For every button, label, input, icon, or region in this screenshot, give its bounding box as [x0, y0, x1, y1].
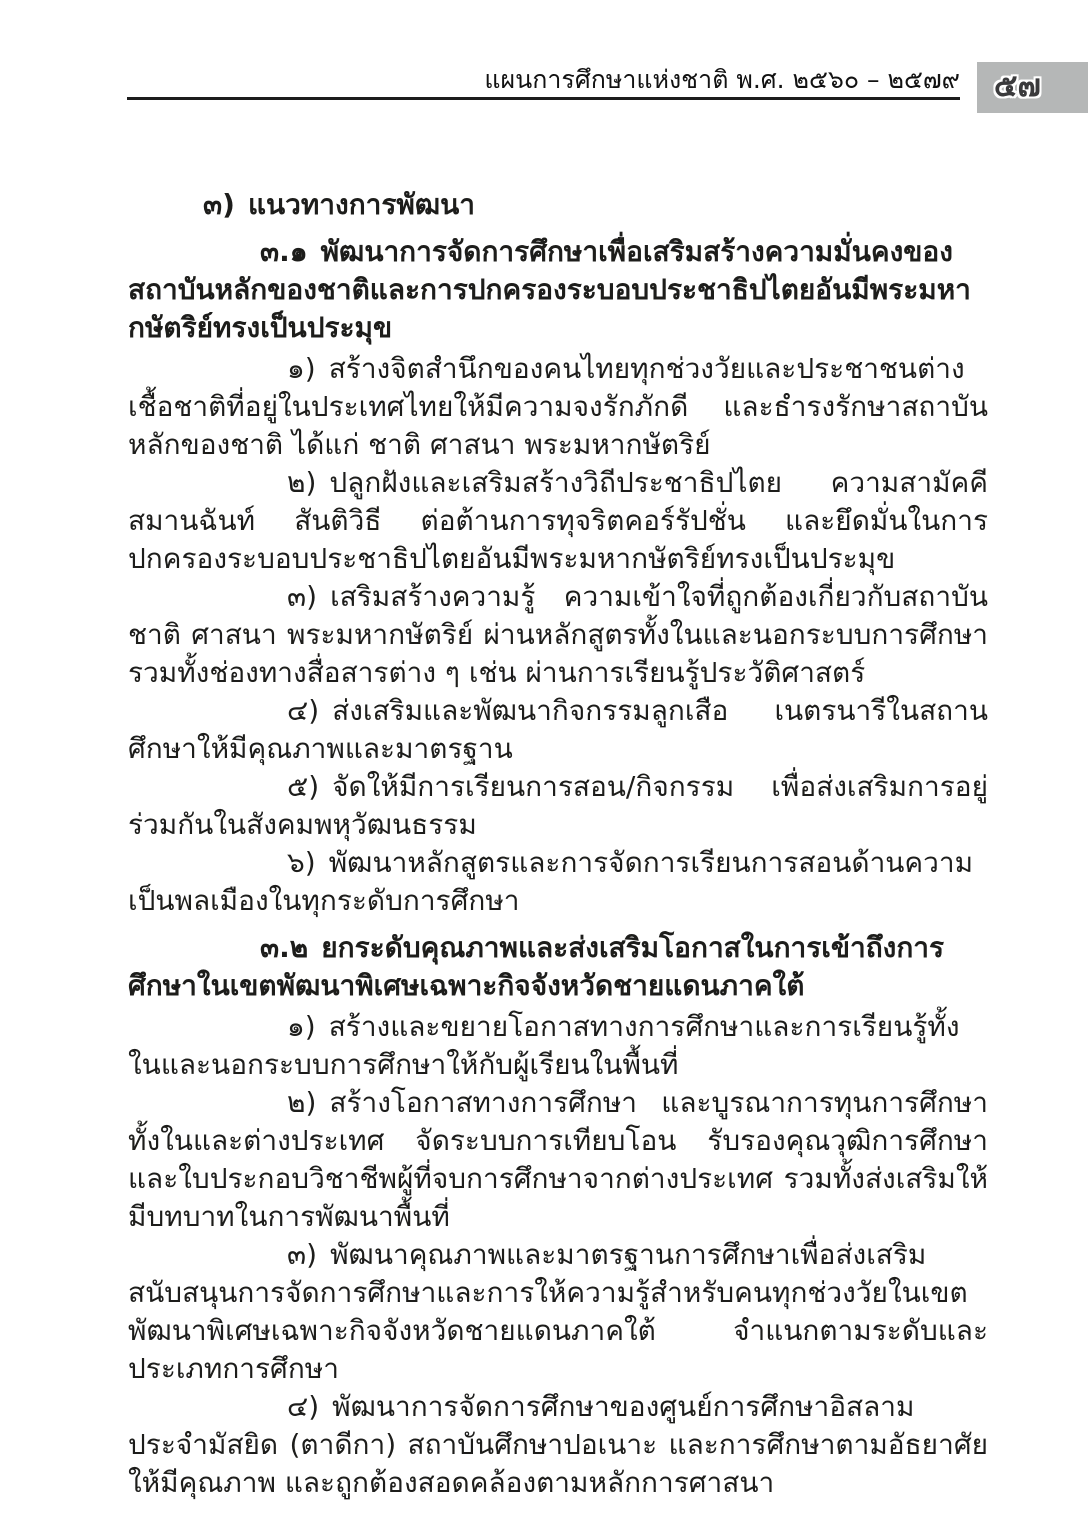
list-paragraph: ๕)จัดให้มีการเรียนการสอน/กิจกรรม เพื่อส่…: [128, 768, 988, 844]
item-marker: ๔): [287, 694, 319, 727]
item-text: สร้างและขยายโอกาสทางการศึกษาและการเรียนร…: [128, 1010, 960, 1081]
list-paragraph: ๒)ปลูกฝังและเสริมสร้างวิถีประชาธิปไตย คว…: [128, 464, 988, 578]
item-marker: ๓): [287, 1238, 317, 1271]
document-header-title: แผนการศึกษาแห่งชาติ พ.ศ. ๒๕๖๐ – ๒๕๗๙: [484, 64, 960, 96]
item-marker: ๔): [287, 1390, 319, 1423]
list-paragraph: ๒)สร้างโอกาสทางการศึกษา และบูรณาการทุนกา…: [128, 1084, 988, 1236]
item-marker: ๑): [287, 352, 316, 385]
list-paragraph: ๑)สร้างจิตสำนึกของคนไทยทุกช่วงวัยและประช…: [128, 350, 988, 464]
item-text: สร้างโอกาสทางการศึกษา และบูรณาการทุนการศ…: [128, 1086, 988, 1233]
item-marker: ๓): [203, 188, 235, 221]
item-text: สร้างจิตสำนึกของคนไทยทุกช่วงวัยและประชาช…: [128, 352, 988, 461]
item-text: พัฒนาคุณภาพและมาตรฐานการศึกษาเพื่อส่งเสร…: [128, 1238, 988, 1385]
list-paragraph: ๔)พัฒนาการจัดการศึกษาของศูนย์การศึกษาอิส…: [128, 1388, 988, 1502]
item-text: พัฒนาการจัดการศึกษาของศูนย์การศึกษาอิสลา…: [128, 1390, 988, 1499]
item-text: ปลูกฝังและเสริมสร้างวิถีประชาธิปไตย ความ…: [128, 466, 988, 575]
section-heading: ๓)แนวทางการพัฒนา: [128, 186, 988, 224]
item-marker: ๕): [287, 770, 319, 803]
page-number: ๕๗: [977, 62, 1088, 111]
list-paragraph: ๖)พัฒนาหลักสูตรและการจัดการเรียนการสอนด้…: [128, 844, 988, 920]
item-marker: ๓): [287, 580, 317, 613]
item-marker: ๒): [287, 1086, 316, 1119]
list-paragraph: ๔)ส่งเสริมและพัฒนากิจกรรมลูกเสือ เนตรนาร…: [128, 692, 988, 768]
item-marker: ๒): [287, 466, 316, 499]
document-page: แผนการศึกษาแห่งชาติ พ.ศ. ๒๕๖๐ – ๒๕๗๙ ๕๗ …: [0, 0, 1088, 1538]
item-text: จัดให้มีการเรียนการสอน/กิจกรรม เพื่อส่งเ…: [128, 770, 988, 841]
item-marker: ๓.๒: [260, 931, 308, 964]
item-text: ยกระดับคุณภาพและส่งเสริมโอกาสในการเข้าถึ…: [128, 931, 944, 1002]
page-number-badge: ๕๗: [977, 62, 1088, 113]
item-text: พัฒนาหลักสูตรและการจัดการเรียนการสอนด้าน…: [128, 846, 973, 917]
subsection-heading: ๓.๒ยกระดับคุณภาพและส่งเสริมโอกาสในการเข้…: [128, 929, 988, 1005]
item-marker: ๑): [287, 1010, 316, 1043]
list-paragraph: ๑)สร้างและขยายโอกาสทางการศึกษาและการเรีย…: [128, 1008, 988, 1084]
item-marker: ๖): [287, 846, 316, 879]
item-text: พัฒนาการจัดการศึกษาเพื่อเสริมสร้างความมั…: [128, 235, 971, 344]
list-paragraph: ๓)เสริมสร้างความรู้ ความเข้าใจที่ถูกต้อง…: [128, 578, 988, 692]
header-divider-rule: [127, 97, 960, 100]
document-body: ๓)แนวทางการพัฒนา๓.๑พัฒนาการจัดการศึกษาเพ…: [128, 186, 988, 1502]
item-text: เสริมสร้างความรู้ ความเข้าใจที่ถูกต้องเก…: [128, 580, 988, 689]
subsection-heading: ๓.๑พัฒนาการจัดการศึกษาเพื่อเสริมสร้างควา…: [128, 233, 988, 347]
item-text: แนวทางการพัฒนา: [248, 188, 475, 221]
item-marker: ๓.๑: [260, 235, 308, 268]
item-text: ส่งเสริมและพัฒนากิจกรรมลูกเสือ เนตรนารีใ…: [128, 694, 988, 765]
list-paragraph: ๓)พัฒนาคุณภาพและมาตรฐานการศึกษาเพื่อส่งเ…: [128, 1236, 988, 1388]
